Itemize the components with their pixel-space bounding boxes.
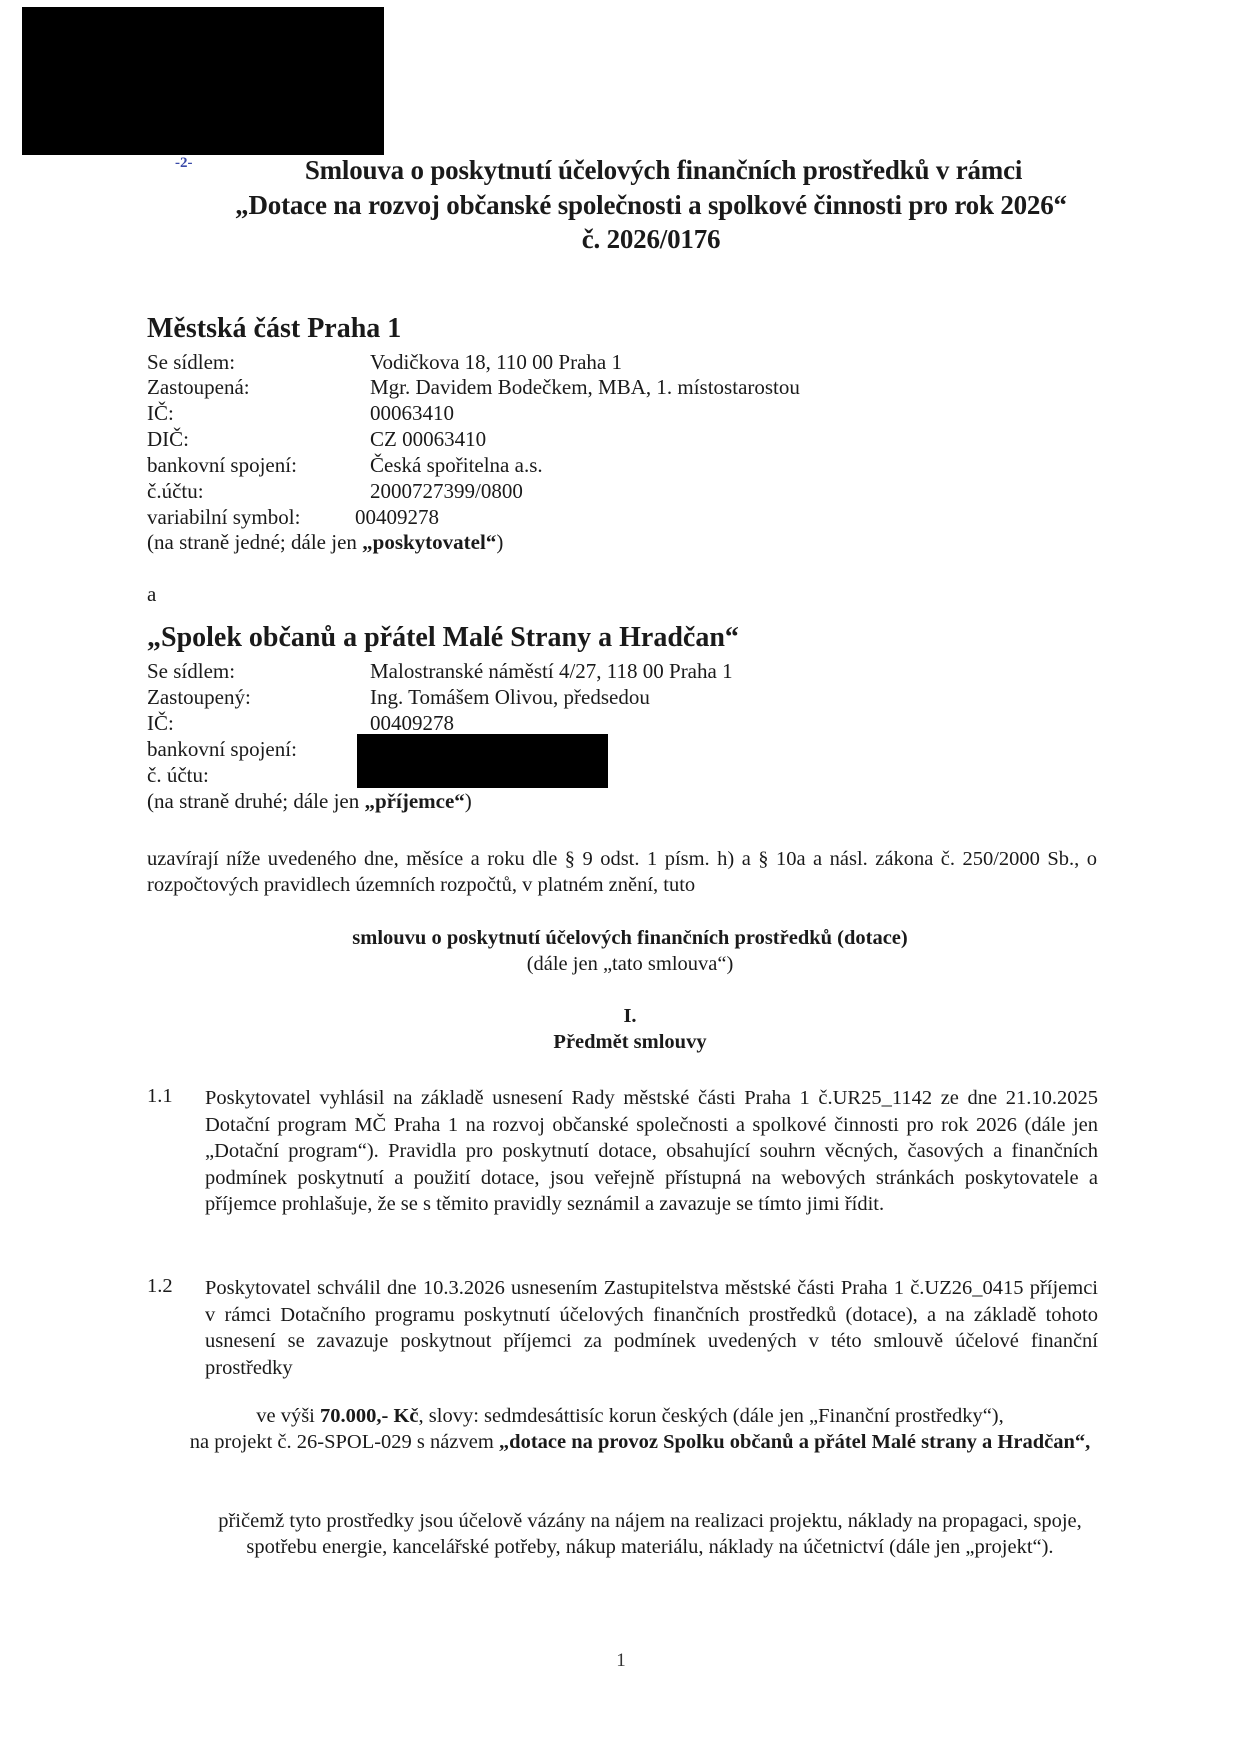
field-label: bankovní spojení: [147, 452, 370, 478]
field-label: Se sídlem: [147, 658, 370, 684]
field-value: Mgr. Davidem Bodečkem, MBA, 1. místostar… [370, 375, 800, 399]
contract-number: č. 2026/0176 [0, 223, 1242, 256]
field-label: č.účtu: [147, 478, 370, 504]
recipient-field: č. účtu: [147, 762, 370, 788]
redaction-block-bank-details [357, 734, 608, 788]
provider-note: (na straně jedné; dále jen „poskytovatel… [147, 530, 503, 555]
field-label: č. účtu: [147, 762, 370, 788]
note-text: ) [496, 530, 503, 554]
project-text: na projekt č. 26-SPOL-029 s názvem [190, 1431, 499, 1453]
recipient-field: IČ:00409278 [147, 710, 454, 736]
provider-field: bankovní spojení:Česká spořitelna a.s. [147, 452, 543, 478]
provider-field: Se sídlem:Vodičkova 18, 110 00 Praha 1 [147, 349, 622, 375]
recipient-name: „Spolek občanů a přátel Malé Strany a Hr… [147, 622, 739, 654]
clause-number: 1.1 [147, 1085, 173, 1108]
provider-field: Zastoupená:Mgr. Davidem Bodečkem, MBA, 1… [147, 374, 800, 400]
amount-text: ve výši [256, 1405, 320, 1427]
field-value: 2000727399/0800 [370, 479, 523, 503]
clause-text: Poskytovatel schválil dne 10.3.2026 usne… [205, 1275, 1098, 1381]
recipient-field: bankovní spojení: [147, 736, 370, 762]
provider-field: IČ:00063410 [147, 400, 454, 426]
amount-line: ve výši 70.000,- Kč, slovy: sedmdesáttis… [150, 1403, 1110, 1429]
note-text: ) [465, 789, 472, 813]
conjunction: a [147, 582, 156, 607]
field-label: Zastoupená: [147, 374, 370, 400]
note-defined-term: „poskytovatel“ [362, 530, 496, 554]
redaction-block-header [22, 7, 384, 155]
field-value: Česká spořitelna a.s. [370, 453, 543, 477]
note-defined-term: „příjemce“ [365, 789, 465, 813]
field-value: Vodičkova 18, 110 00 Praha 1 [370, 350, 622, 374]
field-value: 00409278 [370, 711, 454, 735]
note-text: (na straně druhé; dále jen [147, 789, 365, 813]
provider-field: DIČ:CZ 00063410 [147, 426, 486, 452]
recipient-note: (na straně druhé; dále jen „příjemce“) [147, 789, 472, 814]
field-label: DIČ: [147, 426, 370, 452]
field-label: IČ: [147, 400, 370, 426]
note-text: (na straně jedné; dále jen [147, 530, 362, 554]
field-value: 00063410 [370, 401, 454, 425]
project-line: na projekt č. 26-SPOL-029 s názvem „dota… [170, 1429, 1110, 1455]
field-value: 00409278 [355, 505, 439, 529]
clause-text: Poskytovatel vyhlásil na základě usnesen… [205, 1085, 1098, 1218]
title-line-2: „Dotace na rozvoj občanské společnosti a… [0, 189, 1242, 222]
provider-name: Městská část Praha 1 [147, 313, 401, 345]
field-label: variabilní symbol: [147, 504, 355, 530]
recipient-field: Se sídlem:Malostranské náměstí 4/27, 118… [147, 658, 733, 684]
provider-field: variabilní symbol:00409278 [147, 504, 439, 530]
field-label: IČ: [147, 710, 370, 736]
clause-number: 1.2 [147, 1275, 173, 1298]
field-label: Se sídlem: [147, 349, 370, 375]
recipient-field: Zastoupený:Ing. Tomášem Olivou, předsedo… [147, 684, 650, 710]
provider-field: č.účtu:2000727399/0800 [147, 478, 523, 504]
grant-amount: 70.000,- Kč [320, 1405, 419, 1427]
field-label: Zastoupený: [147, 684, 370, 710]
field-value: Ing. Tomášem Olivou, předsedou [370, 685, 650, 709]
amount-text: , slovy: sedmdesáttisíc korun českých (d… [419, 1405, 1004, 1427]
section-title: Předmět smlouvy [150, 1029, 1110, 1055]
field-value: Malostranské náměstí 4/27, 118 00 Praha … [370, 659, 733, 683]
contract-subheading: (dále jen „tato smlouva“) [150, 951, 1110, 977]
intro-paragraph: uzavírají níže uvedeného dne, měsíce a r… [147, 846, 1097, 898]
contract-heading: smlouvu o poskytnutí účelových finančníc… [150, 925, 1110, 951]
field-label: bankovní spojení: [147, 736, 370, 762]
project-name: „dotace na provoz Spolku občanů a přátel… [499, 1431, 1090, 1453]
field-value: CZ 00063410 [370, 427, 486, 451]
section-number: I. [150, 1003, 1110, 1029]
title-line-1: Smlouva o poskytnutí účelových finančníc… [0, 154, 1242, 187]
page-number: 1 [0, 1650, 1242, 1672]
purpose-paragraph: přičemž tyto prostředky jsou účelově váz… [190, 1508, 1110, 1560]
